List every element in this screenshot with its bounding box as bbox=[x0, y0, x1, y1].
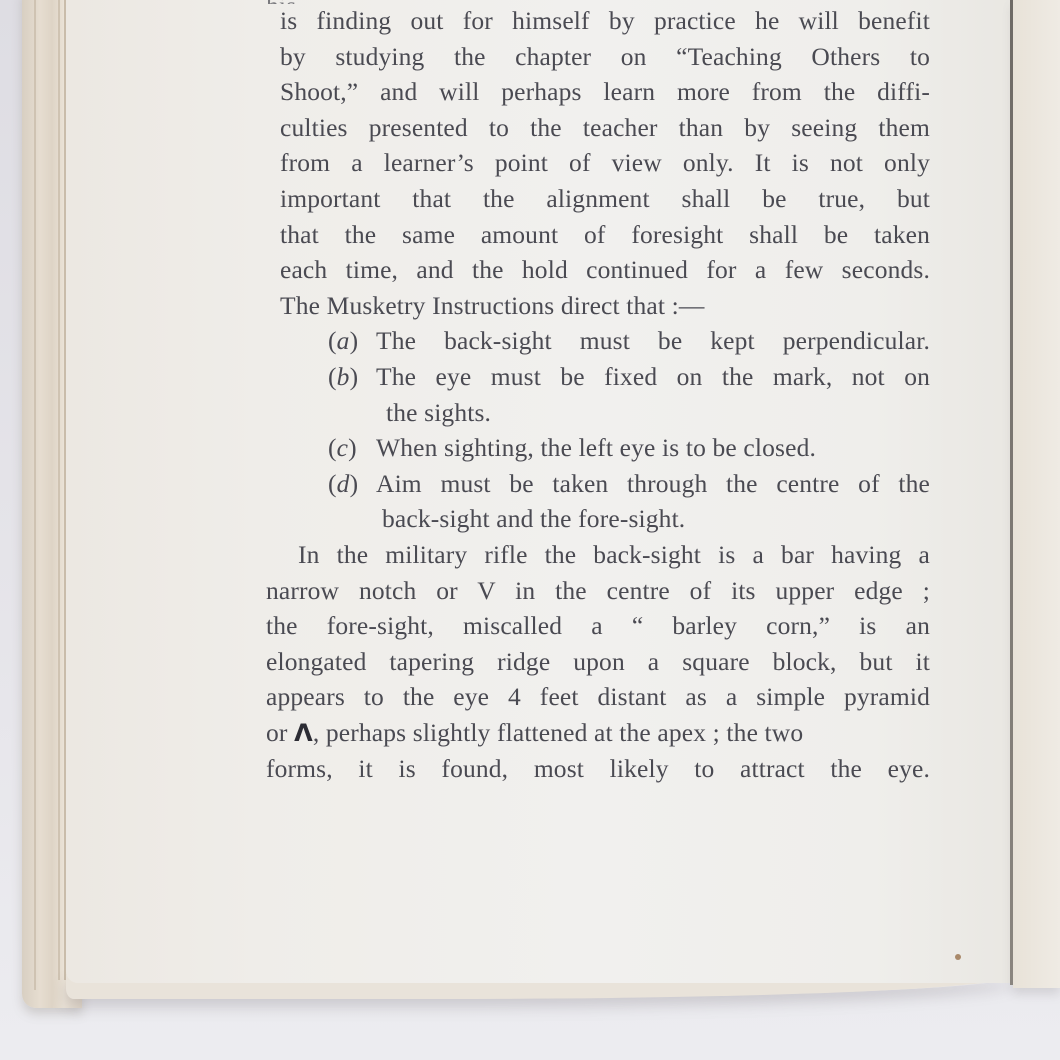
text-line: Aim must be taken through the centre of … bbox=[328, 466, 930, 502]
text-line: culties presented to the teacher than by… bbox=[266, 110, 930, 146]
list-marker: (b) bbox=[328, 359, 358, 395]
text-line: narrow notch or V in the centre of its u… bbox=[266, 573, 930, 609]
text-line: Shoot,” and will perhaps learn more from… bbox=[266, 74, 930, 110]
cut-off-line: his bbox=[266, 0, 930, 4]
text-line: is finding out for himself by practice h… bbox=[266, 3, 930, 39]
page-text: his is finding out for himself by practi… bbox=[266, 0, 930, 787]
list-item-d: (d) Aim must be taken through the centre… bbox=[266, 466, 930, 502]
list-marker: (c) bbox=[328, 430, 357, 466]
text-line-with-glyph: or Λ, perhaps slightly flattened at the … bbox=[266, 715, 930, 752]
list-marker: (a) bbox=[328, 323, 358, 359]
text-line: from a learner’s point of view only. It … bbox=[266, 145, 930, 181]
foxing-spot bbox=[955, 954, 961, 960]
book-gutter bbox=[1010, 0, 1013, 985]
text-fragment: , perhaps slightly flattened at the apex… bbox=[313, 718, 803, 747]
text-line: forms, it is found, most likely to attra… bbox=[266, 751, 930, 787]
text-line: In the military rifle the back-sight is … bbox=[266, 537, 930, 573]
text-line: the fore-sight, miscalled a “ barley cor… bbox=[266, 608, 930, 644]
list-item-a: (a) The back-sight must be kept perpendi… bbox=[266, 323, 930, 359]
text-line: When sighting, the left eye is to be clo… bbox=[328, 430, 930, 466]
text-line: back-sight and the fore-sight. bbox=[266, 501, 930, 537]
text-line: The eye must be fixed on the mark, not o… bbox=[328, 359, 930, 395]
instructions-list: (a) The back-sight must be kept perpendi… bbox=[266, 323, 930, 537]
text-line: appears to the eye 4 feet distant as a s… bbox=[266, 679, 930, 715]
pyramid-glyph-icon: Λ bbox=[294, 719, 313, 747]
list-marker: (d) bbox=[328, 466, 358, 502]
text-line: each time, and the hold continued for a … bbox=[266, 252, 930, 288]
book-photo-scene: his is finding out for himself by practi… bbox=[0, 0, 1060, 1060]
text-line: The Musketry Instructions direct that :— bbox=[266, 288, 930, 324]
list-item-b: (b) The eye must be fixed on the mark, n… bbox=[266, 359, 930, 395]
paragraph-2: In the military rifle the back-sight is … bbox=[266, 537, 930, 787]
text-line: elongated tapering ridge upon a square b… bbox=[266, 644, 930, 680]
paragraph-1: is finding out for himself by practice h… bbox=[266, 3, 930, 323]
page-edge-line bbox=[58, 0, 60, 980]
text-fragment: or bbox=[266, 718, 288, 747]
text-line: that the same amount of foresight shall … bbox=[266, 217, 930, 253]
text-line: by studying the chapter on “Teaching Oth… bbox=[266, 39, 930, 75]
list-item-c: (c) When sighting, the left eye is to be… bbox=[266, 430, 930, 466]
text-line: important that the alignment shall be tr… bbox=[266, 181, 930, 217]
text-line: the sights. bbox=[266, 395, 930, 431]
text-line: The back-sight must be kept perpendicula… bbox=[328, 323, 930, 359]
facing-page-edge bbox=[1013, 0, 1060, 988]
page-edge-line bbox=[34, 0, 36, 990]
